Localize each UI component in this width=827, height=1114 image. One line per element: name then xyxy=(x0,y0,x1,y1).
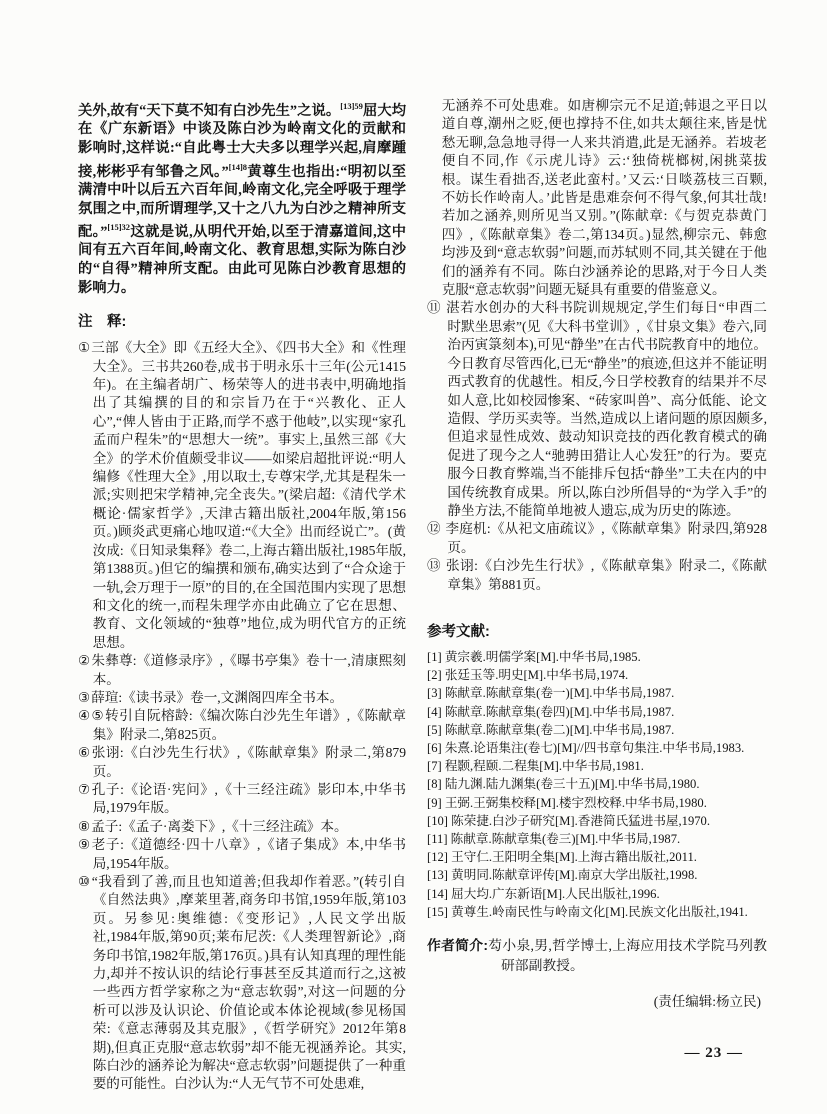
notes-heading: 注 释: xyxy=(78,310,406,331)
reference-item: [10] 陈荣捷.白沙子研究[M].香港简氏猛进书屋,1970. xyxy=(427,812,767,830)
notes-list-left: ①三部《大全》即《五经大全》、《四书大全》和《性理大全》。三书共260卷,成书于… xyxy=(78,339,406,1094)
note-text: 张诩:《白沙先生行状》,《陈献章集》附录二,《陈献章集》第881页。 xyxy=(446,558,767,591)
note-text: 湛若水创办的大科书院训规规定,学生们每日“申酉二时默坐思索”(见《大科书堂训》,… xyxy=(446,300,767,517)
reference-item: [12] 王守仁.王阳明全集[M].上海古籍出版社,2011. xyxy=(427,848,767,866)
note-text: 李庭机:《从祀文庙疏议》,《陈献章集》附录四,第928页。 xyxy=(445,521,767,554)
right-column: 无涵养不可处患难。如唐柳宗元不足道;韩退之平日以道自尊,潮州之贬,便也撑持不住,… xyxy=(427,97,767,1094)
author-bio-text: 芶小泉,男,哲学博士,上海应用技术学院马列教研部副教授。 xyxy=(488,938,767,973)
note-item: ④⑤转引自阮榕龄:《编次陈白沙先生年谱》,《陈献章集》附录二,第825页。 xyxy=(78,707,406,744)
note-item: ⑦孔子:《论语·宪问》,《十三经注疏》影印本,中华书局,1979年版。 xyxy=(78,781,406,818)
note-text: 转引自阮榕龄:《编次陈白沙先生年谱》,《陈献章集》附录二,第825页。 xyxy=(93,708,406,741)
note-item: ②朱彝尊:《道修录序》,《曝书亭集》卷十一,清康熙刻本。 xyxy=(78,652,406,689)
reference-item: [11] 陈献章.陈献章集(卷三)[M].中华书局,1987. xyxy=(427,830,767,848)
citation-superscript: [13]59 xyxy=(340,101,363,111)
citation-superscript: [15]32 xyxy=(107,222,130,232)
note-number: ④⑤ xyxy=(78,708,105,723)
note-number: ⑥ xyxy=(78,745,92,760)
editor-note: (责任编辑:杨立民) xyxy=(427,990,767,1010)
note-number: ⑦ xyxy=(78,782,92,797)
reference-item: [4] 陈献章.陈献章集(卷四)[M].中华书局,1987. xyxy=(427,703,767,721)
note-number: ⑨ xyxy=(78,837,92,852)
page-number: — 23 — xyxy=(685,1045,744,1062)
reference-item: [6] 朱熹.论语集注(卷七)[M]//四书章句集注.中华书局,1983. xyxy=(427,739,767,757)
note-item: ⑥张诩:《白沙先生行状》,《陈献章集》附录二,第879页。 xyxy=(78,744,406,781)
note-text: “我看到了善,而且也知道善;但我却作着恶。”(转引自《自然法典》,摩莱里著,商务… xyxy=(92,874,406,1091)
reference-item: [14] 屈大均.广东新语[M].人民出版社,1996. xyxy=(427,885,767,903)
note-text: 薛瑄:《读书录》卷一,文渊阁四库全书本。 xyxy=(91,690,343,705)
note-number: ① xyxy=(78,340,91,355)
citation-superscript: [14]8 xyxy=(229,162,247,172)
note-number: ⑬ xyxy=(427,558,442,573)
note-number: ⑪ xyxy=(427,300,442,315)
intro-paragraph: 关外,故有“天下莫不知有白沙先生”之说。[13]59屈大均在《广东新语》中谈及陈… xyxy=(78,97,406,297)
note-number: ⑧ xyxy=(78,819,91,834)
note-number: ③ xyxy=(78,690,91,705)
note-text: 朱彝尊:《道修录序》,《曝书亭集》卷十一,清康熙刻本。 xyxy=(91,653,406,686)
references-list: [1] 黄宗羲.明儒学案[M].中华书局,1985. [2] 张廷玉等.明史[M… xyxy=(427,648,767,921)
scanned-paper-page: 关外,故有“天下莫不知有白沙先生”之说。[13]59屈大均在《广东新语》中谈及陈… xyxy=(0,0,827,1114)
author-bio-label: 作者简介: xyxy=(427,938,488,953)
reference-item: [2] 张廷玉等.明史[M].中华书局,1974. xyxy=(427,666,767,684)
intro-text-segment: 关外,故有“天下莫不知有白沙先生”之说。 xyxy=(78,103,340,119)
reference-item: [15] 黄尊生.岭南民性与岭南文化[M].民族文化出版社,1941. xyxy=(427,903,767,921)
reference-item: [9] 王弼.王弼集校释[M].楼宇烈校释.中华书局,1980. xyxy=(427,794,767,812)
left-column: 关外,故有“天下莫不知有白沙先生”之说。[13]59屈大均在《广东新语》中谈及陈… xyxy=(78,97,406,1094)
note-text: 三部《大全》即《五经大全》、《四书大全》和《性理大全》。三书共260卷,成书于明… xyxy=(91,340,406,650)
note-number: ⑫ xyxy=(427,521,442,536)
note-number: ② xyxy=(78,653,91,668)
note-item: ⑫ 李庭机:《从祀文庙疏议》,《陈献章集》附录四,第928页。 xyxy=(427,520,767,557)
intro-text-segment: 这就是说,从明代开始,以至于清嘉道间,这中间有五六百年间,岭南文化、教育思想,实… xyxy=(78,224,406,296)
reference-item: [5] 陈献章.陈献章集(卷二)[M].中华书局,1987. xyxy=(427,721,767,739)
note-item: ⑩“我看到了善,而且也知道善;但我却作着恶。”(转引自《自然法典》,摩莱里著,商… xyxy=(78,873,406,1094)
two-column-layout: 关外,故有“天下莫不知有白沙先生”之说。[13]59屈大均在《广东新语》中谈及陈… xyxy=(78,97,767,1094)
note-number: ⑩ xyxy=(78,874,92,889)
note-item: ⑧孟子:《孟子·离娄下》,《十三经注疏》本。 xyxy=(78,818,406,836)
author-bio: 作者简介:芶小泉,男,哲学博士,上海应用技术学院马列教研部副教授。 xyxy=(427,936,767,976)
note-item: ①三部《大全》即《五经大全》、《四书大全》和《性理大全》。三书共260卷,成书于… xyxy=(78,339,406,652)
reference-item: [13] 黄明同.陈献章评传[M].南京大学出版社,1998. xyxy=(427,866,767,884)
note-item: ⑨老子:《道德经·四十八章》,《诸子集成》本,中华书局,1954年版。 xyxy=(78,836,406,873)
references-heading: 参考文献: xyxy=(427,620,767,641)
note-text: 老子:《道德经·四十八章》,《诸子集成》本,中华书局,1954年版。 xyxy=(92,837,406,870)
note-item: ⑬ 张诩:《白沙先生行状》,《陈献章集》附录二,《陈献章集》第881页。 xyxy=(427,557,767,594)
reference-item: [3] 陈献章.陈献章集(卷一)[M].中华书局,1987. xyxy=(427,684,767,702)
note-text: 孟子:《孟子·离娄下》,《十三经注疏》本。 xyxy=(91,819,347,834)
note-text: 张诩:《白沙先生行状》,《陈献章集》附录二,第879页。 xyxy=(92,745,406,778)
reference-item: [7] 程颢,程颐.二程集[M].中华书局,1981. xyxy=(427,757,767,775)
reference-item: [8] 陆九渊.陆九渊集(卷三十五)[M].中华书局,1980. xyxy=(427,775,767,793)
note-text: 孔子:《论语·宪问》,《十三经注疏》影印本,中华书局,1979年版。 xyxy=(92,782,406,815)
reference-item: [1] 黄宗羲.明儒学案[M].中华书局,1985. xyxy=(427,648,767,666)
note10-continuation: 无涵养不可处患难。如唐柳宗元不足道;韩退之平日以道自尊,潮州之贬,便也撑持不住,… xyxy=(427,97,767,299)
note-item: ③薛瑄:《读书录》卷一,文渊阁四库全书本。 xyxy=(78,689,406,707)
notes-list-right: ⑪ 湛若水创办的大科书院训规规定,学生们每日“申酉二时默坐思索”(见《大科书堂训… xyxy=(427,299,767,594)
note-item: ⑪ 湛若水创办的大科书院训规规定,学生们每日“申酉二时默坐思索”(见《大科书堂训… xyxy=(427,299,767,520)
